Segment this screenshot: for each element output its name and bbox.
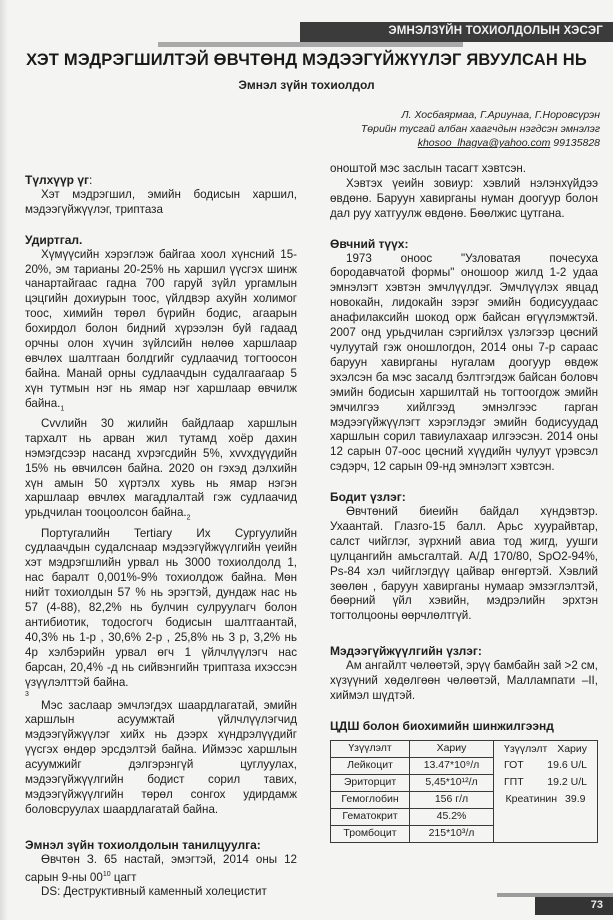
reference-marker: 3 — [25, 691, 297, 699]
table-row: Тромбоцит 215*10³/л — [331, 825, 598, 842]
intro-paragraph-1: Хүмүүсийн хэрэглэж байгаа хоол хүнсний 1… — [25, 248, 297, 417]
intro-paragraph-2: Сvvлийн 30 жилийн байдлаар харшлын тарха… — [25, 417, 297, 527]
intro-paragraph-3: Португалийн Tertiary Их Сургуулийн судла… — [25, 527, 297, 691]
header-cell: ҮзүүлэлтХариу — [494, 740, 598, 757]
lab-pair-cell: Креатинин39.9 — [494, 791, 598, 808]
author-email-link[interactable]: khosoo_lhagva@yahoo.com — [418, 137, 551, 149]
page-binding-shadow — [0, 0, 8, 920]
article-title: ХЭТ МЭДРЭГШИЛТЭЙ ӨВЧТӨНД МЭДЭЭГҮЙЖҮҮЛЭГ … — [0, 51, 613, 70]
lab-pair-cell: ГПТ19.2 U/L — [494, 774, 598, 791]
left-column: Түлхүүр үг: Хэт мэдрэгшил, эмийн бодисын… — [25, 173, 297, 900]
article-subtitle: Эмнэл зүйн тохиолдол — [0, 78, 613, 92]
exam-heading: Бодит үзлэг: — [330, 490, 598, 505]
page-number: 73 — [591, 899, 603, 911]
table-row: Лейкоцит 13.47*10⁹/л ГОТ19.6 U/L — [331, 757, 598, 774]
lab-value-cell: 156 г/л — [410, 791, 494, 808]
table-row: Эриторцит 5,45*10¹²/л ГПТ19.2 U/L — [331, 774, 598, 791]
author-block: Л. Хосбаярмаа, Г.Ариунаа, Г.Норовсүрэн Т… — [361, 108, 600, 150]
lab-name-cell: Тромбоцит — [331, 825, 410, 842]
author-affiliation: Төрийн тусгай албан хаагчдын нэгдсэн эмн… — [361, 122, 600, 136]
case-paragraph-1: Өвчтөн З. 65 настай, эмэгтэй, 2014 оны 1… — [25, 853, 297, 886]
author-names: Л. Хосбаярмаа, Г.Ариунаа, Г.Норовсүрэн — [361, 108, 600, 122]
lab-name-cell: Лейкоцит — [331, 757, 410, 774]
lab-value-cell: 5,45*10¹²/л — [410, 774, 494, 791]
journal-page: ЭМНЭЛЗҮЙН ТОХИОЛДОЛЫН ХЭСЭГ ХЭТ МЭДРЭГШИ… — [0, 0, 613, 920]
table-row: Гематокрит 45.2% — [331, 808, 598, 825]
lab-value-cell: 45.2% — [410, 808, 494, 825]
case-diagnosis: DS: Деструктивный каменный холецистит — [25, 885, 297, 900]
right-column: оноштой мэс заслын тасагт хэвтсэн. Хэвтэ… — [330, 162, 598, 843]
header-cell: Үзүүлэлт — [331, 740, 410, 757]
author-contact: khosoo_lhagva@yahoo.com 99135828 — [361, 136, 600, 150]
lab-value-cell: 13.47*10⁹/л — [410, 757, 494, 774]
reference-marker: 2 — [187, 515, 191, 522]
intro-heading: Удиртгал. — [25, 233, 297, 248]
section-label: ЭМНЭЛЗҮЙН ТОХИОЛДОЛЫН ХЭСЭГ — [388, 25, 603, 37]
lab-results-table: Үзүүлэлт Хариу ҮзүүлэлтХариу Лейкоцит 13… — [330, 740, 598, 843]
section-band: ЭМНЭЛЗҮЙН ТОХИОЛДОЛЫН ХЭСЭГ — [300, 22, 613, 42]
lab-name-cell: Гематокрит — [331, 808, 410, 825]
anesthesia-exam-heading: Мэдээгүйжүүлгийн үзлэг: — [330, 644, 598, 659]
case-heading: Эмнэл зүйн тохиолдолын танилцуулга: — [25, 838, 297, 853]
table-row: Гемоглобин 156 г/л Креатинин39.9 — [331, 791, 598, 808]
table-header-row: Үзүүлэлт Хариу ҮзүүлэлтХариу — [331, 740, 598, 757]
history-heading: Өвчний түүх: — [330, 237, 598, 252]
lab-pair-cell — [494, 825, 598, 842]
anesthesia-exam-text: Ам ангайлт чөлөөтэй, эрүү бамбайн зай >2… — [330, 659, 598, 704]
lab-name-cell: Гемоглобин — [331, 791, 410, 808]
lab-value-cell: 215*10³/л — [410, 825, 494, 842]
history-text: 1973 оноос "Узловатая почесуха бородавча… — [330, 252, 598, 476]
lab-name-cell: Эриторцит — [331, 774, 410, 791]
continuation-text: оноштой мэс заслын тасагт хэвтсэн. — [330, 162, 598, 177]
header-cell: Хариу — [410, 740, 494, 757]
intro-paragraph-4: Мэс заслаар эмчлэгдэх шаардлагатай, эмий… — [25, 699, 297, 818]
section-underbar — [158, 42, 463, 47]
keywords-text: Хэт мэдрэгшил, эмийн бодисын харшил, мэд… — [25, 188, 297, 218]
exam-text: Өвчтөний биеийн байдал хүндэвтэр. Ухаант… — [330, 505, 598, 624]
page-number-band: 73 — [535, 897, 613, 915]
lab-pair-cell: ГОТ19.6 U/L — [494, 757, 598, 774]
lab-heading: ЦДШ болон биохимийн шинжилгээнд — [330, 719, 598, 734]
keywords-heading: Түлхүүр үг: — [25, 173, 297, 188]
reference-marker: 1 — [60, 405, 64, 412]
lab-pair-cell — [494, 808, 598, 825]
complaint-text: Хэвтэх үеийн зовиур: хэвлий нэлэнхүйдээ … — [330, 177, 598, 222]
author-phone: 99135828 — [553, 137, 600, 149]
